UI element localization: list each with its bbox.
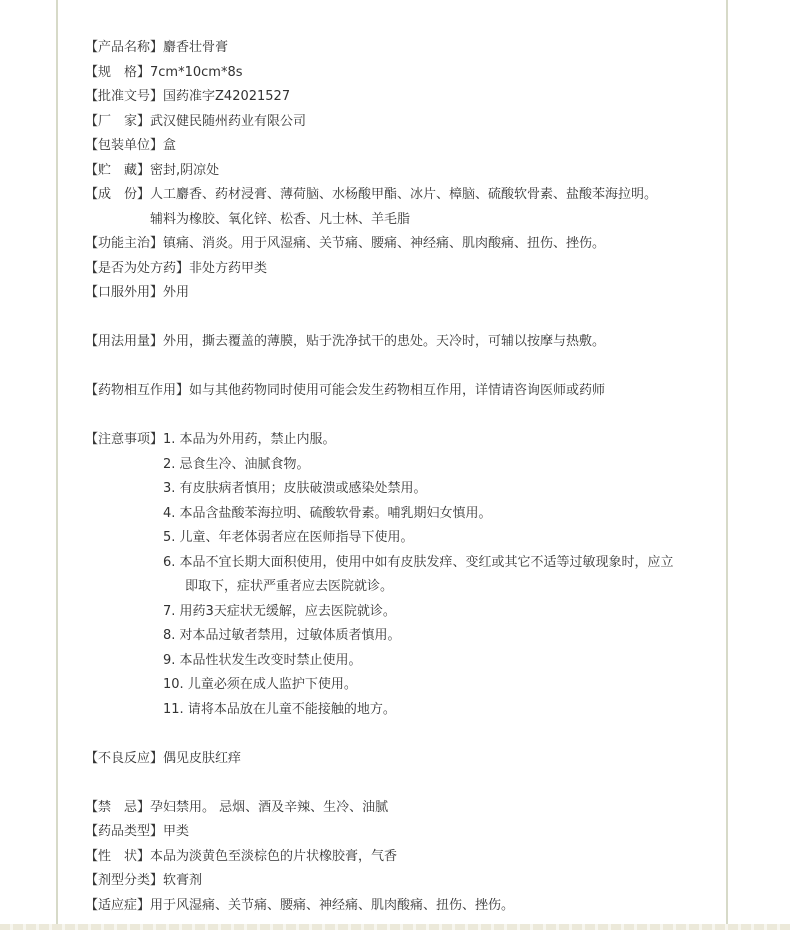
field-label: 【包装单位】 [85,138,163,153]
precaution-item: 6. 本品不宜长期大面积使用，使用中如有皮肤发痒、变红或其它不适等过敏现象时，应… [163,551,685,600]
field-row-storage: 【贮 藏】密封,阴凉处 [85,159,713,184]
field-row-otc-type: 【是否为处方药】非处方药甲类 [85,257,713,282]
field-value: 7cm*10cm*8s [150,65,242,80]
field-label: 【不良反应】 [85,751,163,766]
ingredients-content: 人工麝香、药材浸膏、薄荷脑、水杨酸甲酯、冰片、樟脑、硫酸软骨素、盐酸苯海拉明。 … [150,183,713,232]
precaution-item: 5. 儿童、年老体弱者应在医师指导下使用。 [163,526,685,551]
field-row-drug-interactions: 【药物相互作用】如与其他药物同时使用可能会发生药物相互作用，详情请咨询医师或药师 [85,379,713,404]
field-value: 外用 [163,285,189,300]
field-value: 密封,阴凉处 [150,163,219,178]
field-label: 【产品名称】 [85,40,163,55]
precaution-item: 3. 有皮肤病者慎用；皮肤破溃或感染处禁用。 [163,477,685,502]
field-value: 甲类 [163,824,189,839]
field-label: 【批准文号】 [85,89,163,104]
ingredients-main: 人工麝香、药材浸膏、薄荷脑、水杨酸甲酯、冰片、樟脑、硫酸软骨素、盐酸苯海拉明。 [150,183,713,208]
field-row-oral-or-external: 【口服外用】外用 [85,281,713,306]
field-row-dosage: 【用法用量】外用，撕去覆盖的薄膜，贴于洗净拭干的患处。天冷时，可辅以按摩与热敷。 [85,330,713,355]
field-row-spec: 【规 格】7cm*10cm*8s [85,61,713,86]
field-label: 【禁 忌】 [85,800,150,815]
field-row-manufacturer: 【厂 家】武汉健民随州药业有限公司 [85,110,713,135]
precaution-item: 10. 儿童必须在成人监护下使用。 [163,673,685,698]
field-label: 【成 份】 [85,183,150,208]
field-row-indications: 【适应症】用于风湿痛、关节痛、腰痛、神经痛、肌肉酸痛、扭伤、挫伤。 [85,894,713,919]
field-label: 【注意事项】 [85,428,163,453]
field-value: 偶见皮肤红痒 [163,751,241,766]
field-row-precautions: 【注意事项】 1. 本品为外用药，禁止内服。 2. 忌食生冷、油腻食物。 3. … [85,428,713,722]
precaution-item: 4. 本品含盐酸苯海拉明、硫酸软骨素。哺乳期妇女慎用。 [163,502,685,527]
field-value: 用于风湿痛、关节痛、腰痛、神经痛、肌肉酸痛、扭伤、挫伤。 [150,898,514,913]
field-row-adverse-reactions: 【不良反应】偶见皮肤红痒 [85,747,713,772]
precaution-item: 8. 对本品过敏者禁用，过敏体质者慎用。 [163,624,685,649]
field-value: 外用，撕去覆盖的薄膜，贴于洗净拭干的患处。天冷时，可辅以按摩与热敷。 [163,334,605,349]
field-value: 麝香壮骨膏 [163,40,228,55]
field-value: 武汉健民随州药业有限公司 [150,114,306,129]
bottom-dashed-divider [0,924,790,930]
field-row-package-unit: 【包装单位】盒 [85,134,713,159]
field-value: 本品为淡黄色至淡棕色的片状橡胶膏，气香 [150,849,397,864]
field-value: 盒 [163,138,176,153]
field-label: 【药物相互作用】 [85,383,189,398]
field-row-product-name: 【产品名称】麝香壮骨膏 [85,36,713,61]
precaution-item: 1. 本品为外用药，禁止内服。 [163,428,685,453]
field-row-contraindications: 【禁 忌】孕妇禁用。 忌烟、酒及辛辣、生冷、油腻 [85,796,713,821]
field-row-functions: 【功能主治】镇痛、消炎。用于风湿痛、关节痛、腰痛、神经痛、肌肉酸痛、扭伤、挫伤。 [85,232,713,257]
field-label: 【功能主治】 [85,236,163,251]
field-value: 镇痛、消炎。用于风湿痛、关节痛、腰痛、神经痛、肌肉酸痛、扭伤、挫伤。 [163,236,605,251]
ingredients-excipients: 辅料为橡胶、氧化锌、松香、凡士林、羊毛脂 [150,208,713,233]
field-value: 非处方药甲类 [189,261,267,276]
precaution-item: 11. 请将本品放在儿童不能接触的地方。 [163,698,685,723]
field-row-drug-category: 【药品类型】甲类 [85,820,713,845]
field-label: 【规 格】 [85,65,150,80]
field-label: 【药品类型】 [85,824,163,839]
field-label: 【用法用量】 [85,334,163,349]
field-label: 【适应症】 [85,898,150,913]
field-label: 【是否为处方药】 [85,261,189,276]
field-row-dosage-form: 【剂型分类】软膏剂 [85,869,713,894]
field-value: 如与其他药物同时使用可能会发生药物相互作用，详情请咨询医师或药师 [189,383,605,398]
field-label: 【性 状】 [85,849,150,864]
field-row-appearance: 【性 状】本品为淡黄色至淡棕色的片状橡胶膏，气香 [85,845,713,870]
precautions-list: 1. 本品为外用药，禁止内服。 2. 忌食生冷、油腻食物。 3. 有皮肤病者慎用… [163,428,685,722]
field-label: 【口服外用】 [85,285,163,300]
field-row-ingredients: 【成 份】 人工麝香、药材浸膏、薄荷脑、水杨酸甲酯、冰片、樟脑、硫酸软骨素、盐酸… [85,183,713,232]
precaution-item: 9. 本品性状发生改变时禁止使用。 [163,649,685,674]
precaution-item: 7. 用药3天症状无缓解，应去医院就诊。 [163,600,685,625]
field-row-approval-number: 【批准文号】国药准字Z42021527 [85,85,713,110]
field-label: 【贮 藏】 [85,163,150,178]
left-border-rule [56,0,58,925]
field-label: 【剂型分类】 [85,873,163,888]
field-value: 孕妇禁用。 忌烟、酒及辛辣、生冷、油腻 [150,800,388,815]
field-label: 【厂 家】 [85,114,150,129]
right-border-rule [726,0,728,925]
precaution-item: 2. 忌食生冷、油腻食物。 [163,453,685,478]
field-value: 国药准字Z42021527 [163,89,290,104]
drug-info-document: 【产品名称】麝香壮骨膏 【规 格】7cm*10cm*8s 【批准文号】国药准字Z… [85,36,713,918]
field-value: 软膏剂 [163,873,202,888]
